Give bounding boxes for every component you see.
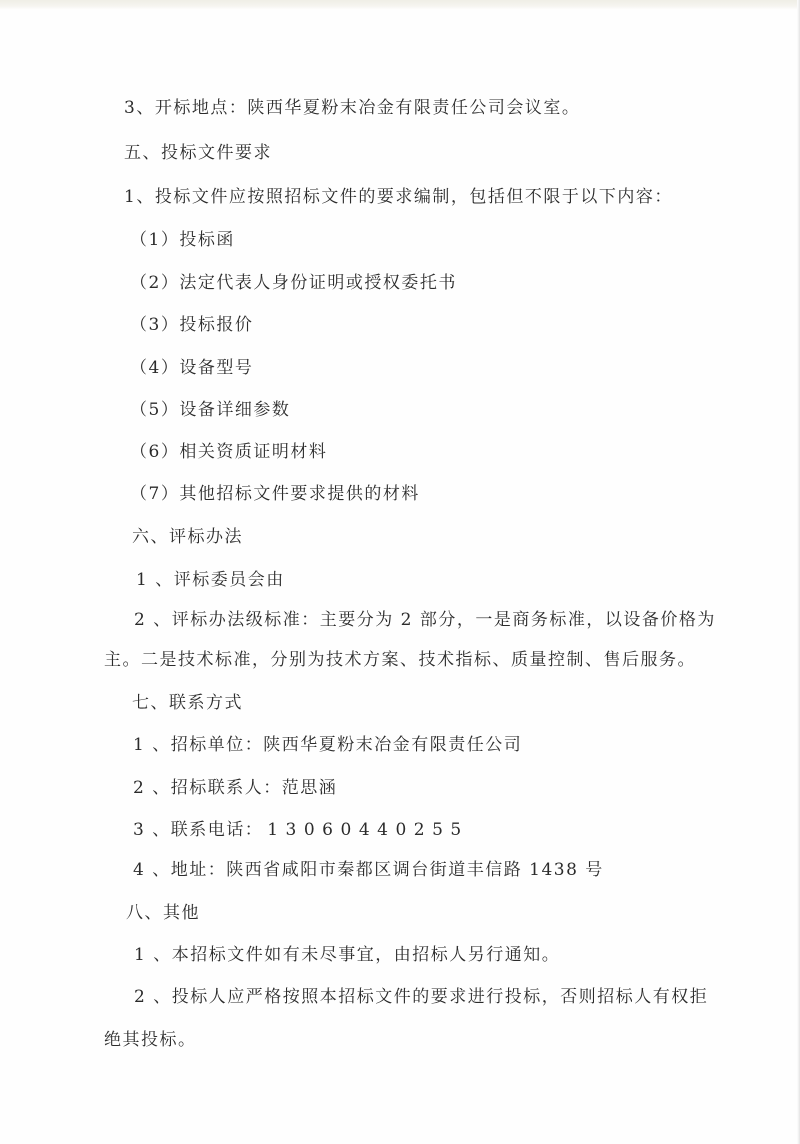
contact-phone-label: 3 、联系电话： (133, 820, 263, 840)
unresolved-matters-clause: 1 、本招标文件如有未尽事宜，由招标人另行通知。 (134, 944, 560, 966)
tendering-unit: 1 、招标单位：陕西华夏粉末冶金有限责任公司 (133, 734, 522, 756)
list-item-qualification-materials: （6）相关资质证明材料 (130, 441, 327, 463)
bid-document-preparation-clause: 1、投标文件应按照招标文件的要求编制，包括但不限于以下内容： (124, 186, 673, 208)
bid-opening-location: 3、开标地点：陕西华夏粉末冶金有限责任公司会议室。 (124, 97, 580, 119)
evaluation-standard-continuation: 主。二是技术标准，分别为技术方案、技术指标、质量控制、售后服务。 (104, 649, 696, 671)
strict-compliance-clause: 2 、投标人应严格按照本招标文件的要求进行投标，否则招标人有权拒 (134, 986, 708, 1008)
section-heading-contact-info: 七、联系方式 (132, 692, 243, 714)
list-item-equipment-model: （4）设备型号 (130, 357, 253, 379)
section-heading-others: 八、其他 (126, 902, 200, 924)
contact-address: 4 、地址：陕西省咸阳市秦都区调台街道丰信路 1438 号 (133, 859, 604, 881)
list-item-legal-representative-id: （2）法定代表人身份证明或授权委托书 (130, 272, 457, 294)
scanned-page: 3、开标地点：陕西华夏粉末冶金有限责任公司会议室。 五、投标文件要求 1、投标文… (0, 0, 800, 1144)
list-item-equipment-parameters: （5）设备详细参数 (130, 399, 290, 421)
section-heading-bid-document-requirements: 五、投标文件要求 (124, 142, 272, 164)
tendering-contact-person: 2 、招标联系人：范思涵 (133, 777, 337, 799)
list-item-bid-letter: （1）投标函 (130, 229, 235, 251)
list-item-other-materials: （7）其他招标文件要求提供的材料 (130, 483, 420, 505)
strict-compliance-continuation: 绝其投标。 (104, 1029, 197, 1051)
contact-phone-row: 3 、联系电话：13060440255 (133, 819, 469, 841)
section-heading-evaluation-method: 六、评标办法 (132, 526, 243, 548)
contact-phone-number: 13060440255 (267, 820, 468, 840)
page-top-edge (0, 0, 800, 10)
evaluation-committee-clause: 1 、评标委员会由 (136, 569, 285, 591)
list-item-bid-quotation: （3）投标报价 (130, 314, 253, 336)
evaluation-standard-clause: 2 、评标办法级标准：主要分为 2 部分，一是商务标准，以设备价格为 (134, 609, 716, 631)
